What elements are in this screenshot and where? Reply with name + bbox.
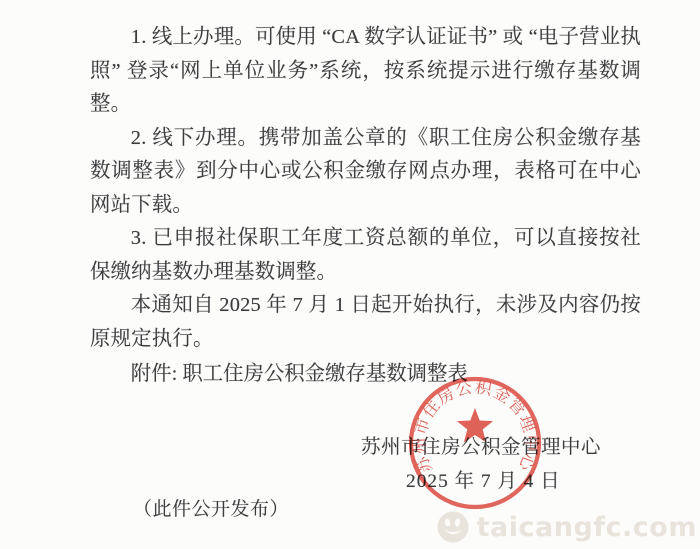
public-release-note: （此件公开发布）	[133, 494, 289, 521]
site-watermark: taicangfc.com	[436, 510, 697, 544]
watermark-text: taicangfc.com	[477, 512, 697, 543]
scanned-notice-page: 1. 线上办理。可使用 “CA 数字认证证书” 或 “电子营业执照” 登录“网上…	[0, 0, 700, 549]
paragraph-online-procedure: 1. 线上办理。可使用 “CA 数字认证证书” 或 “电子营业执照” 登录“网上…	[90, 21, 641, 122]
attachment-line: 附件: 职工住房公积金缴存基数调整表	[90, 358, 650, 392]
paragraph-social-security: 3. 已申报社保职工年度工资总额的单位，可以直接按社保缴纳基数办理基数调整。	[90, 222, 641, 289]
issuer-signature: 苏州市住房公积金管理中心	[361, 430, 601, 459]
smiley-icon	[436, 510, 470, 544]
paragraph-effective-date: 本通知自 2025 年 7 月 1 日起开始执行，未涉及内容仍按原规定执行。	[90, 289, 641, 356]
issue-date: 2025 年 7 月 4 日	[406, 465, 561, 493]
seal-arc-text: 苏州市住房公积金管理中心	[410, 377, 540, 476]
svg-text:苏州市住房公积金管理中心: 苏州市住房公积金管理中心	[410, 377, 540, 476]
document-body: 1. 线上办理。可使用 “CA 数字认证证书” 或 “电子营业执照” 登录“网上…	[90, 21, 641, 356]
paragraph-offline-procedure: 2. 线下办理。携带加盖公章的《职工住房公积金缴存基数调整表》到分中心或公积金缴…	[90, 122, 641, 223]
